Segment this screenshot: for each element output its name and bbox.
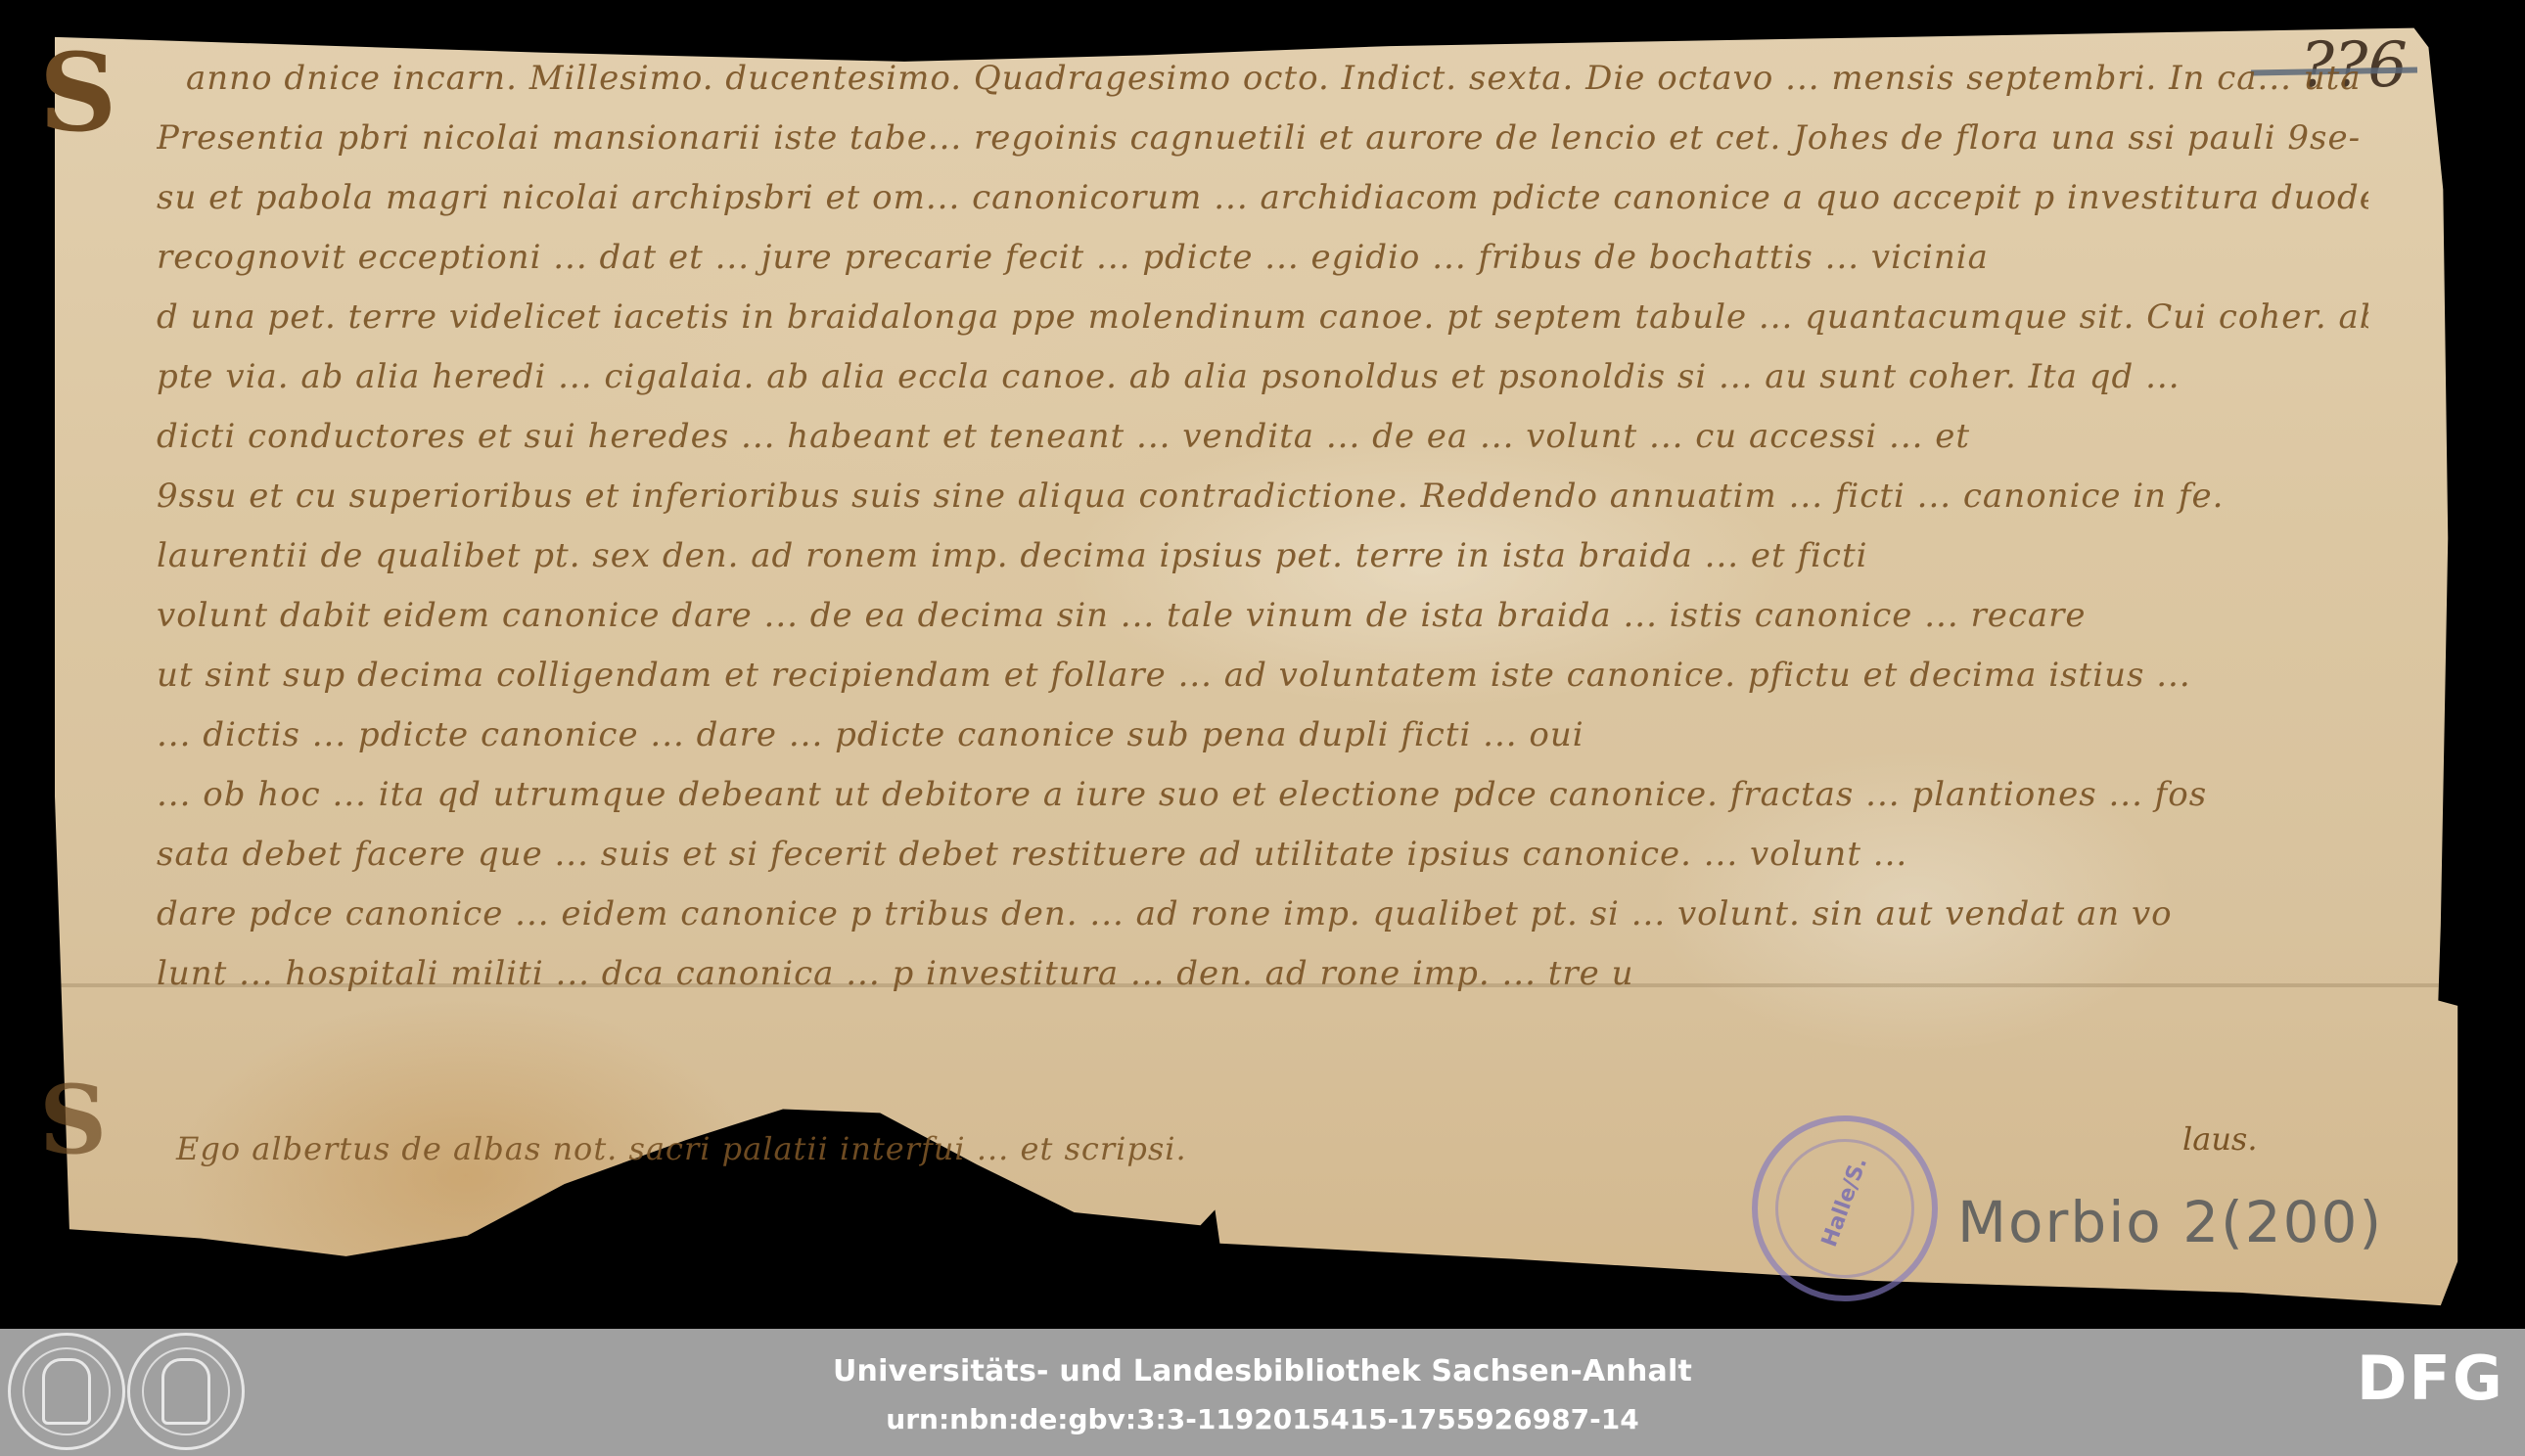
charter-line: su et pabola magri nicolai archipsbri et… <box>157 168 2368 228</box>
charter-line: sata debet facere que ... suis et si fec… <box>157 825 2368 885</box>
charter-text: anno dnice incarn. Millesimo. ducentesim… <box>157 49 2368 1004</box>
charter-line: recognovit ecceptioni ... dat et ... jur… <box>157 228 2368 288</box>
charter-line: 9ssu et cu superioribus et inferioribus … <box>157 467 2368 526</box>
document-viewer: S ??6 anno dnice incarn. Millesimo. duce… <box>0 0 2525 1329</box>
footer-bar: Universitäts- und Landesbibliothek Sachs… <box>0 1329 2525 1456</box>
institution-name: Universitäts- und Landesbibliothek Sachs… <box>0 1354 2525 1388</box>
library-stamp-icon: Halle/S. <box>1752 1115 1938 1301</box>
closing-word: laus. <box>2182 1120 2258 1158</box>
charter-line: anno dnice incarn. Millesimo. ducentesim… <box>186 49 2368 109</box>
charter-line: ... dictis ... pdicte canonice ... dare … <box>157 705 2368 765</box>
charter-line: ... ob hoc ... ita qd utrumque debeant u… <box>157 765 2368 825</box>
urn-identifier: urn:nbn:de:gbv:3:3-1192015415-1755926987… <box>0 1403 2525 1435</box>
charter-line: Presentia pbri nicolai mansionarii iste … <box>157 109 2368 168</box>
charter-line: d una pet. terre videlicet iacetis in br… <box>157 288 2368 347</box>
notary-signum-icon: S <box>39 1067 107 1174</box>
charter-line: dare pdce canonice ... eidem canonice p … <box>157 885 2368 944</box>
notary-subscription: Ego albertus de albas not. sacri palatii… <box>176 1130 1187 1167</box>
charter-line: lunt ... hospitali militi ... dca canoni… <box>157 944 2368 1004</box>
decorated-initial-top: S <box>39 39 116 147</box>
charter-line: pte via. ab alia heredi ... cigalaia. ab… <box>157 347 2368 407</box>
charter-line: dicti conductores et sui heredes ... hab… <box>157 407 2368 467</box>
charter-line: laurentii de qualibet pt. sex den. ad ro… <box>157 526 2368 586</box>
shelfmark: Morbio 2(200) <box>1957 1189 2383 1255</box>
dfg-logo-icon: DFG <box>2357 1348 2504 1409</box>
charter-line: volunt dabit eidem canonice dare ... de … <box>157 586 2368 646</box>
charter-line: ut sint sup decima colligendam et recipi… <box>157 646 2368 705</box>
